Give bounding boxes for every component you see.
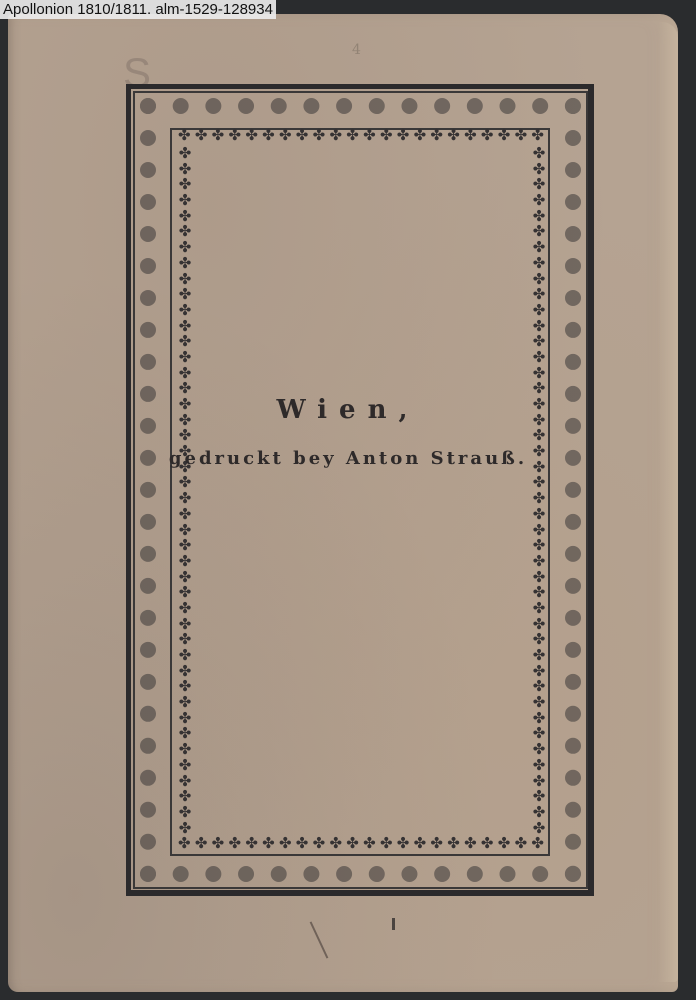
fleuron-ornament-icon: ✤ bbox=[177, 334, 193, 349]
fleuron-ornament-icon: ✤ bbox=[380, 128, 393, 143]
fleuron-ornament-icon: ✤ bbox=[177, 538, 193, 553]
fleuron-ornament-icon: ✤ bbox=[397, 128, 410, 143]
fleuron-ornament-icon: ✤ bbox=[414, 836, 427, 851]
fleuron-ornament-icon: ✤ bbox=[430, 836, 443, 851]
fleuron-ornament-icon: ✤ bbox=[531, 648, 547, 663]
fleuron-ornament-icon: ✤ bbox=[531, 601, 547, 616]
fleuron-ornament-icon: ✤ bbox=[228, 836, 241, 851]
fleuron-ornament-icon: ✤ bbox=[177, 585, 193, 600]
fleuron-ornament-icon: ✤ bbox=[447, 128, 460, 143]
fleuron-ornament-icon: ✤ bbox=[177, 742, 193, 757]
fleuron-ornament-icon: ✤ bbox=[464, 836, 477, 851]
fleuron-ornament-icon: ✤ bbox=[531, 805, 547, 820]
fleuron-ornament-icon: ✤ bbox=[296, 836, 309, 851]
fleuron-ornament-icon: ✤ bbox=[498, 128, 511, 143]
fleuron-row-top: ✤✤✤✤✤✤✤✤✤✤✤✤✤✤✤✤✤✤✤✤✤✤ bbox=[178, 128, 544, 143]
fleuron-ornament-icon: ✤ bbox=[329, 836, 342, 851]
fleuron-ornament-icon: ✤ bbox=[177, 240, 193, 255]
fleuron-ornament-icon: ✤ bbox=[531, 836, 544, 851]
fleuron-ornament-icon: ✤ bbox=[346, 836, 359, 851]
fleuron-ornament-icon: ✤ bbox=[414, 128, 427, 143]
fleuron-ornament-icon: ✤ bbox=[296, 128, 309, 143]
image-caption: Apollonion 1810/1811. alm-1529-128934 bbox=[0, 0, 276, 19]
fleuron-ornament-icon: ✤ bbox=[177, 193, 193, 208]
fleuron-ornament-icon: ✤ bbox=[531, 303, 547, 318]
fleuron-ornament-icon: ✤ bbox=[531, 350, 547, 365]
fleuron-ornament-icon: ✤ bbox=[380, 836, 393, 851]
fleuron-ornament-icon: ✤ bbox=[531, 554, 547, 569]
ink-mark-bottom bbox=[392, 918, 395, 930]
fleuron-ornament-icon: ✤ bbox=[279, 836, 292, 851]
fleuron-ornament-icon: ✤ bbox=[313, 128, 326, 143]
fleuron-ornament-icon: ✤ bbox=[447, 836, 460, 851]
fleuron-ornament-icon: ✤ bbox=[262, 128, 275, 143]
fleuron-ornament-icon: ✤ bbox=[346, 128, 359, 143]
fleuron-ornament-icon: ✤ bbox=[531, 758, 547, 773]
fleuron-ornament-icon: ✤ bbox=[531, 742, 547, 757]
fleuron-ornament-icon: ✤ bbox=[228, 128, 241, 143]
fleuron-ornament-icon: ✤ bbox=[177, 287, 193, 302]
page-edge bbox=[658, 22, 678, 982]
fleuron-ornament-icon: ✤ bbox=[177, 758, 193, 773]
fleuron-ornament-icon: ✤ bbox=[531, 538, 547, 553]
fleuron-ornament-icon: ✤ bbox=[177, 695, 193, 710]
fleuron-ornament-icon: ✤ bbox=[177, 821, 193, 836]
fleuron-ornament-icon: ✤ bbox=[177, 491, 193, 506]
fleuron-ornament-icon: ✤ bbox=[531, 789, 547, 804]
fleuron-column-left: ✤✤✤✤✤✤✤✤✤✤✤✤✤✤✤✤✤✤✤✤✤✤✤✤✤✤✤✤✤✤✤✤✤✤✤✤✤✤✤✤… bbox=[177, 146, 193, 836]
fleuron-ornament-icon: ✤ bbox=[245, 128, 258, 143]
fleuron-ornament-icon: ✤ bbox=[262, 836, 275, 851]
imprint-printer: gedruckt bey Anton Strauß. bbox=[0, 448, 696, 469]
fleuron-ornament-icon: ✤ bbox=[177, 256, 193, 271]
fleuron-column-right: ✤✤✤✤✤✤✤✤✤✤✤✤✤✤✤✤✤✤✤✤✤✤✤✤✤✤✤✤✤✤✤✤✤✤✤✤✤✤✤✤… bbox=[531, 146, 547, 836]
fleuron-ornament-icon: ✤ bbox=[531, 146, 547, 161]
fleuron-ornament-icon: ✤ bbox=[430, 128, 443, 143]
fleuron-ornament-icon: ✤ bbox=[531, 128, 544, 143]
fleuron-ornament-icon: ✤ bbox=[363, 128, 376, 143]
pencil-annotation-top: 4 bbox=[352, 42, 362, 56]
fleuron-ornament-icon: ✤ bbox=[178, 836, 191, 851]
fleuron-ornament-icon: ✤ bbox=[498, 836, 511, 851]
fleuron-ornament-icon: ✤ bbox=[177, 648, 193, 663]
fleuron-ornament-icon: ✤ bbox=[177, 554, 193, 569]
fleuron-ornament-icon: ✤ bbox=[313, 836, 326, 851]
fleuron-ornament-icon: ✤ bbox=[279, 128, 292, 143]
fleuron-ornament-icon: ✤ bbox=[177, 805, 193, 820]
fleuron-ornament-icon: ✤ bbox=[515, 836, 528, 851]
fleuron-row-bottom: ✤✤✤✤✤✤✤✤✤✤✤✤✤✤✤✤✤✤✤✤✤✤ bbox=[178, 836, 544, 851]
imprint-city: Wien, bbox=[0, 395, 696, 425]
inner-frame-rule bbox=[170, 128, 550, 856]
fleuron-ornament-icon: ✤ bbox=[212, 836, 225, 851]
fleuron-ornament-icon: ✤ bbox=[177, 350, 193, 365]
fleuron-ornament-icon: ✤ bbox=[177, 789, 193, 804]
fleuron-ornament-icon: ✤ bbox=[531, 287, 547, 302]
fleuron-ornament-icon: ✤ bbox=[177, 601, 193, 616]
fleuron-ornament-icon: ✤ bbox=[531, 695, 547, 710]
fleuron-ornament-icon: ✤ bbox=[195, 128, 208, 143]
fleuron-ornament-icon: ✤ bbox=[531, 334, 547, 349]
fleuron-ornament-icon: ✤ bbox=[464, 128, 477, 143]
fleuron-ornament-icon: ✤ bbox=[177, 146, 193, 161]
fleuron-ornament-icon: ✤ bbox=[481, 836, 494, 851]
fleuron-ornament-icon: ✤ bbox=[515, 128, 528, 143]
fleuron-ornament-icon: ✤ bbox=[177, 303, 193, 318]
fleuron-ornament-icon: ✤ bbox=[363, 836, 376, 851]
fleuron-ornament-icon: ✤ bbox=[329, 128, 342, 143]
fleuron-ornament-icon: ✤ bbox=[531, 507, 547, 522]
fleuron-ornament-icon: ✤ bbox=[531, 585, 547, 600]
fleuron-ornament-icon: ✤ bbox=[178, 128, 191, 143]
fleuron-ornament-icon: ✤ bbox=[531, 821, 547, 836]
fleuron-ornament-icon: ✤ bbox=[531, 193, 547, 208]
fleuron-ornament-icon: ✤ bbox=[177, 507, 193, 522]
fleuron-ornament-icon: ✤ bbox=[481, 128, 494, 143]
fleuron-ornament-icon: ✤ bbox=[245, 836, 258, 851]
fleuron-ornament-icon: ✤ bbox=[195, 836, 208, 851]
fleuron-ornament-icon: ✤ bbox=[212, 128, 225, 143]
fleuron-ornament-icon: ✤ bbox=[531, 256, 547, 271]
fleuron-ornament-icon: ✤ bbox=[531, 240, 547, 255]
fleuron-ornament-icon: ✤ bbox=[397, 836, 410, 851]
fleuron-ornament-icon: ✤ bbox=[531, 491, 547, 506]
